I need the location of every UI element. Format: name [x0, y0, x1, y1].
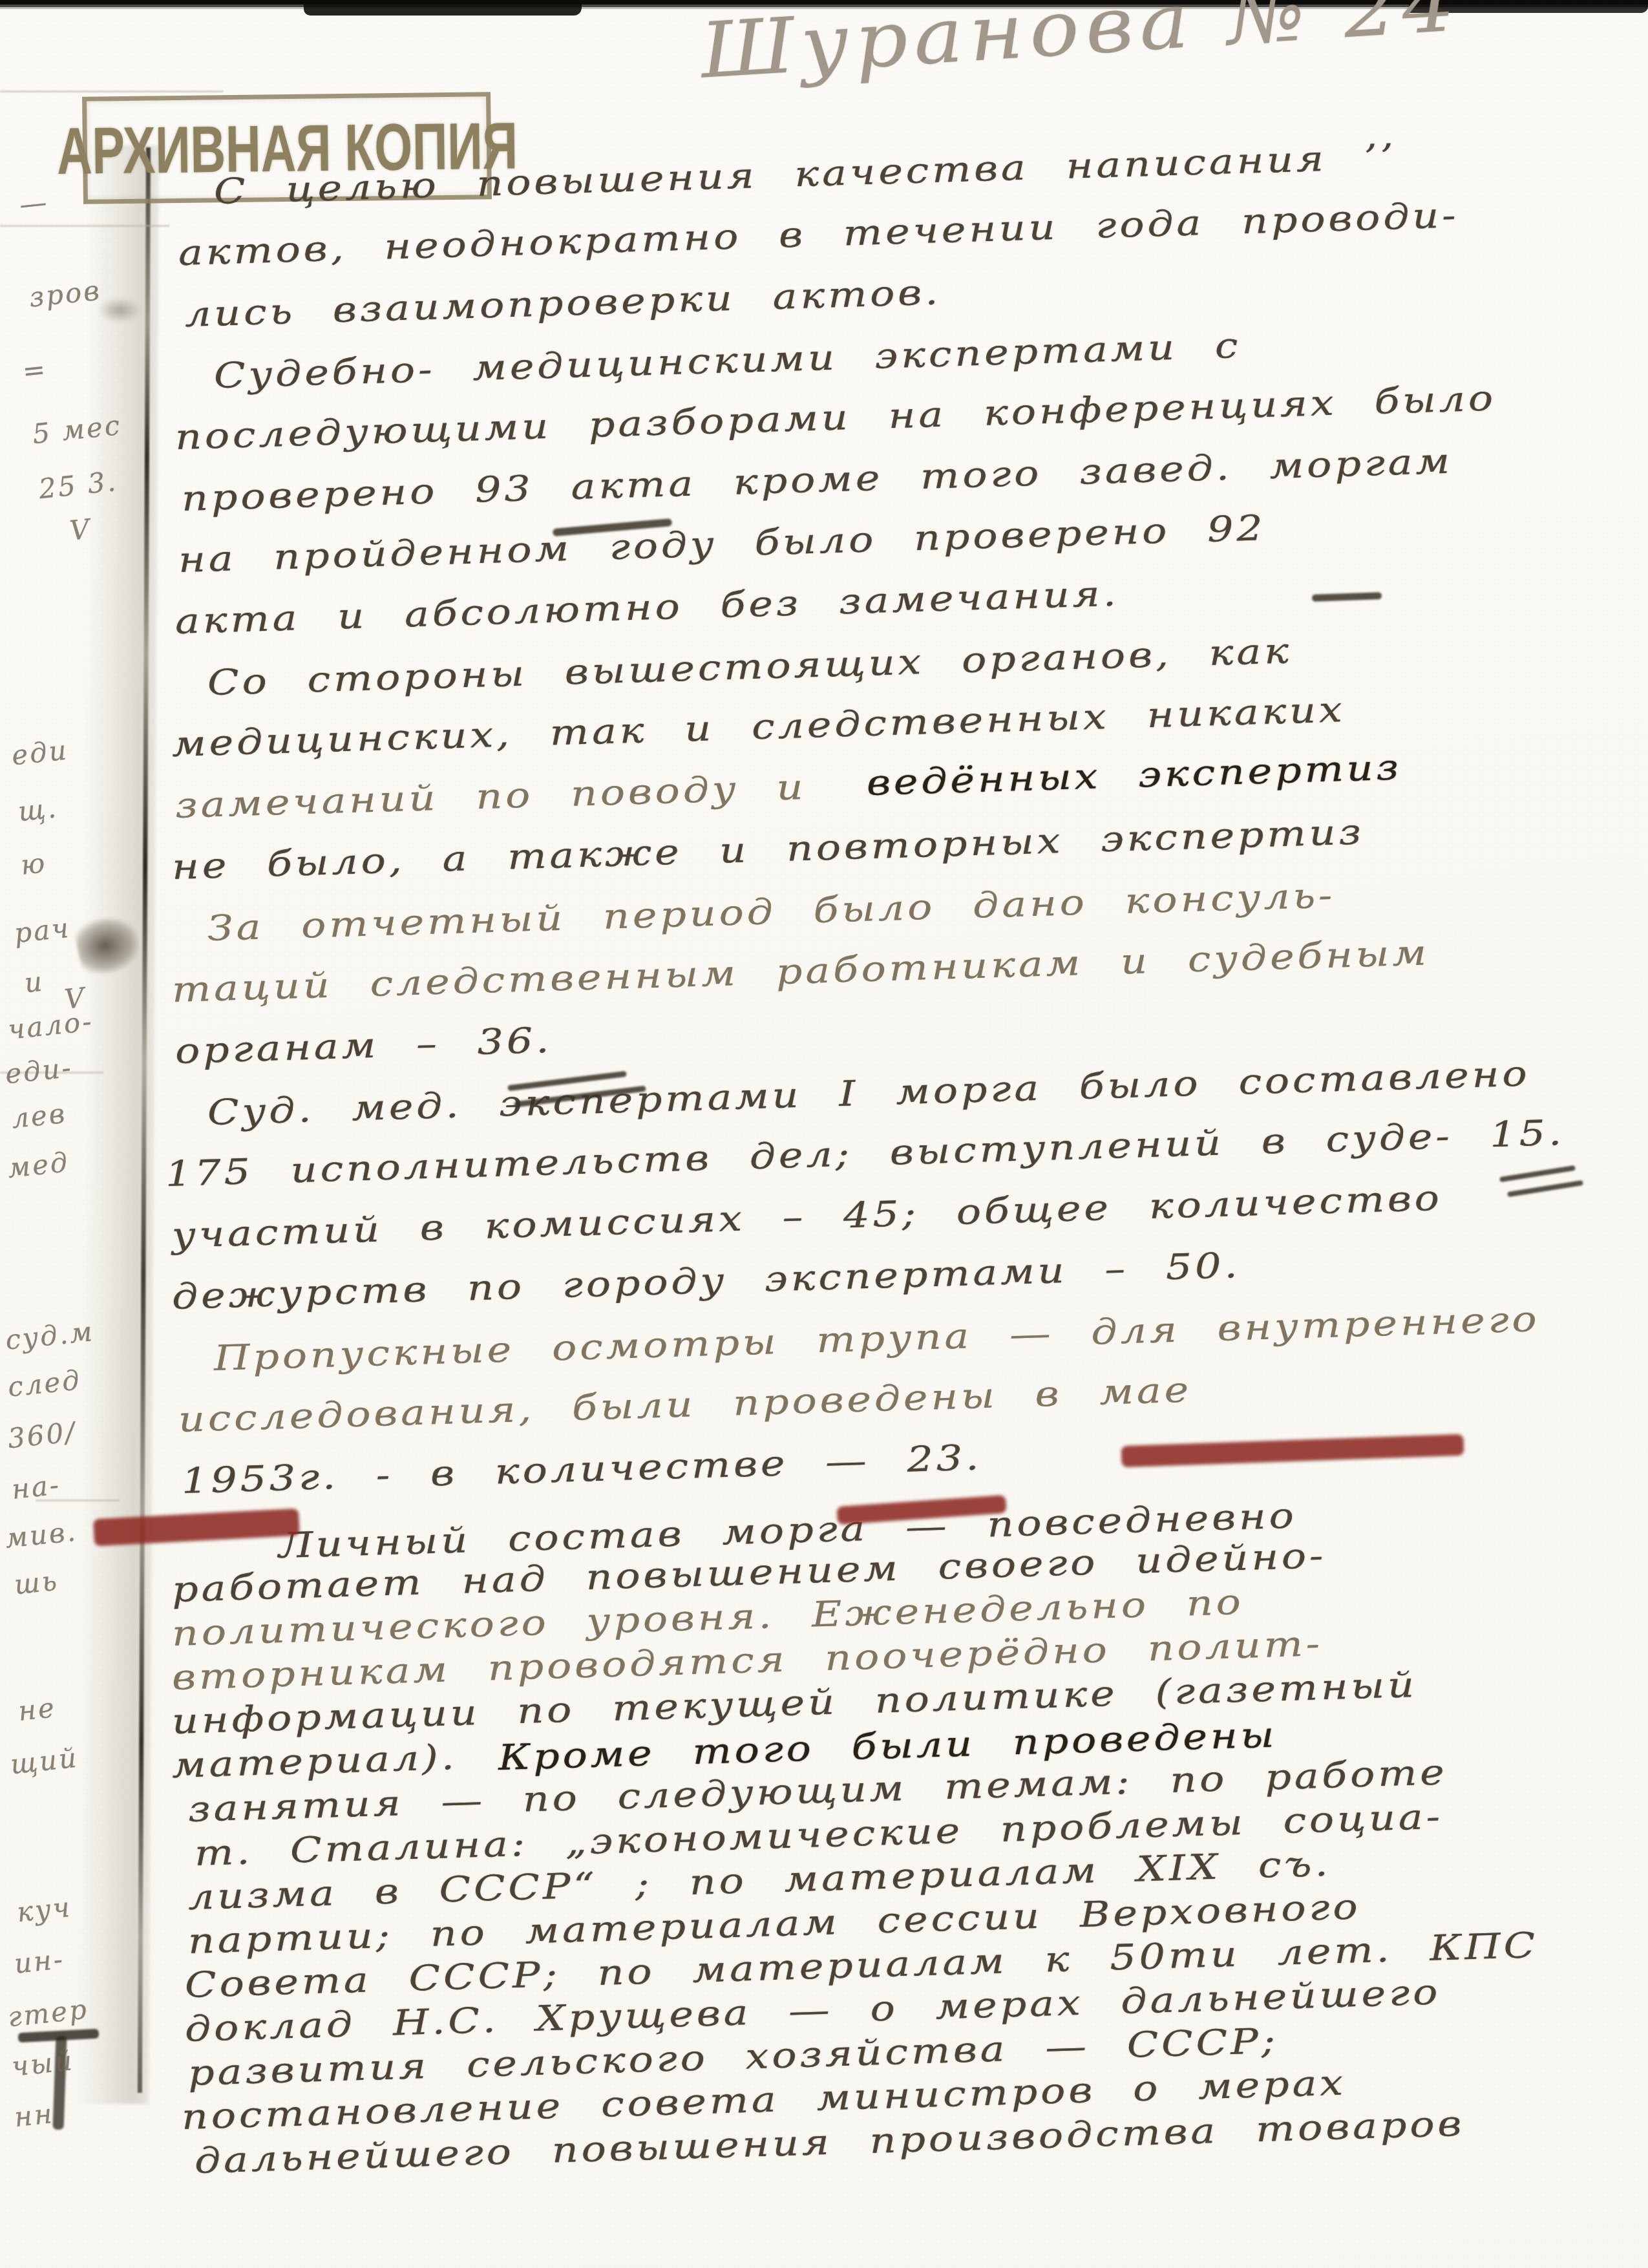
scanned-archive-page: АРХИВНАЯ КОПИЯ Шуранова № 24 С целью пов…	[0, 0, 1648, 2268]
margin-fragment: мив.	[4, 1515, 79, 1554]
margin-fragment: V	[69, 513, 93, 546]
margin-fragment: ин-	[13, 1943, 67, 1980]
margin-fragment: рач	[13, 912, 72, 949]
margin-fragment: щий	[9, 1742, 80, 1781]
scan-streak-2	[0, 225, 169, 227]
margin-fragment: и	[23, 966, 46, 999]
margin-fragment: щ.	[17, 792, 59, 827]
margin-fragment: —	[18, 186, 50, 220]
manuscript-line: лись взаимопроверки актов.	[184, 271, 942, 335]
margin-fragment: нн	[13, 2097, 56, 2133]
manuscript-line: не было, а также и повторных экспертиз	[171, 811, 1365, 887]
scanner-edge-bump	[304, 0, 582, 16]
manuscript-line: участий в комиссиях – 45; общее количест…	[171, 1178, 1442, 1256]
margin-fragment: ю	[19, 847, 48, 881]
fold-crease-smudge	[97, 297, 142, 323]
manuscript-line: ведённых экспертиз	[866, 747, 1402, 803]
handwritten-heading: Шуранова № 24	[698, 0, 1463, 96]
manuscript-line: 1953г. - в количестве — 23.	[181, 1437, 982, 1501]
manuscript-line: Судебно- медицинскими экспертами с	[213, 325, 1241, 396]
margin-fragment: мед	[6, 1146, 71, 1184]
margin-fragment: лев	[10, 1097, 69, 1135]
margin-fragment: шь	[13, 1565, 60, 1601]
manuscript-line: дежурств по городу экспертами – 50.	[171, 1245, 1241, 1317]
margin-fragment: след	[6, 1364, 83, 1403]
margin-fragment: еди-	[4, 1052, 74, 1090]
margin-fragment: на-	[10, 1468, 63, 1505]
manuscript-line: Пропускные осмотры трупа — для внутренне…	[213, 1298, 1540, 1379]
dash-after-92	[1312, 592, 1382, 602]
red-underline-month	[1121, 1434, 1464, 1467]
manuscript-line: акта и абсолютно без замечания.	[174, 573, 1119, 642]
manuscript-line: органам – 36.	[174, 1020, 553, 1072]
margin-fragment: еди	[10, 734, 70, 772]
margin-fragment: не	[17, 1691, 58, 1727]
manuscript-line: на пройденном году было проверено 92	[178, 507, 1266, 580]
manuscript-line: За отчетный период было дано консуль-	[207, 874, 1336, 949]
manuscript-line: Со стороны вышестоящих органов, как	[207, 630, 1293, 703]
manuscript-line: материал).	[171, 1737, 458, 1786]
underline-15-first	[1499, 1165, 1576, 1182]
margin-fragment: гтер	[6, 1993, 90, 2033]
margin-fragment: =	[21, 353, 49, 387]
scan-streak-1	[0, 90, 223, 92]
manuscript-line: исследования, были проведены в мае	[178, 1369, 1192, 1440]
margin-fragment: V	[63, 981, 88, 1015]
margin-fragment: 360/	[6, 1416, 78, 1455]
margin-fragment: чый	[10, 2044, 76, 2083]
margin-fragment: куч	[16, 1891, 73, 1929]
underline-15-second	[1507, 1180, 1583, 1197]
manuscript-line: замечаний по поводу и	[174, 767, 807, 826]
